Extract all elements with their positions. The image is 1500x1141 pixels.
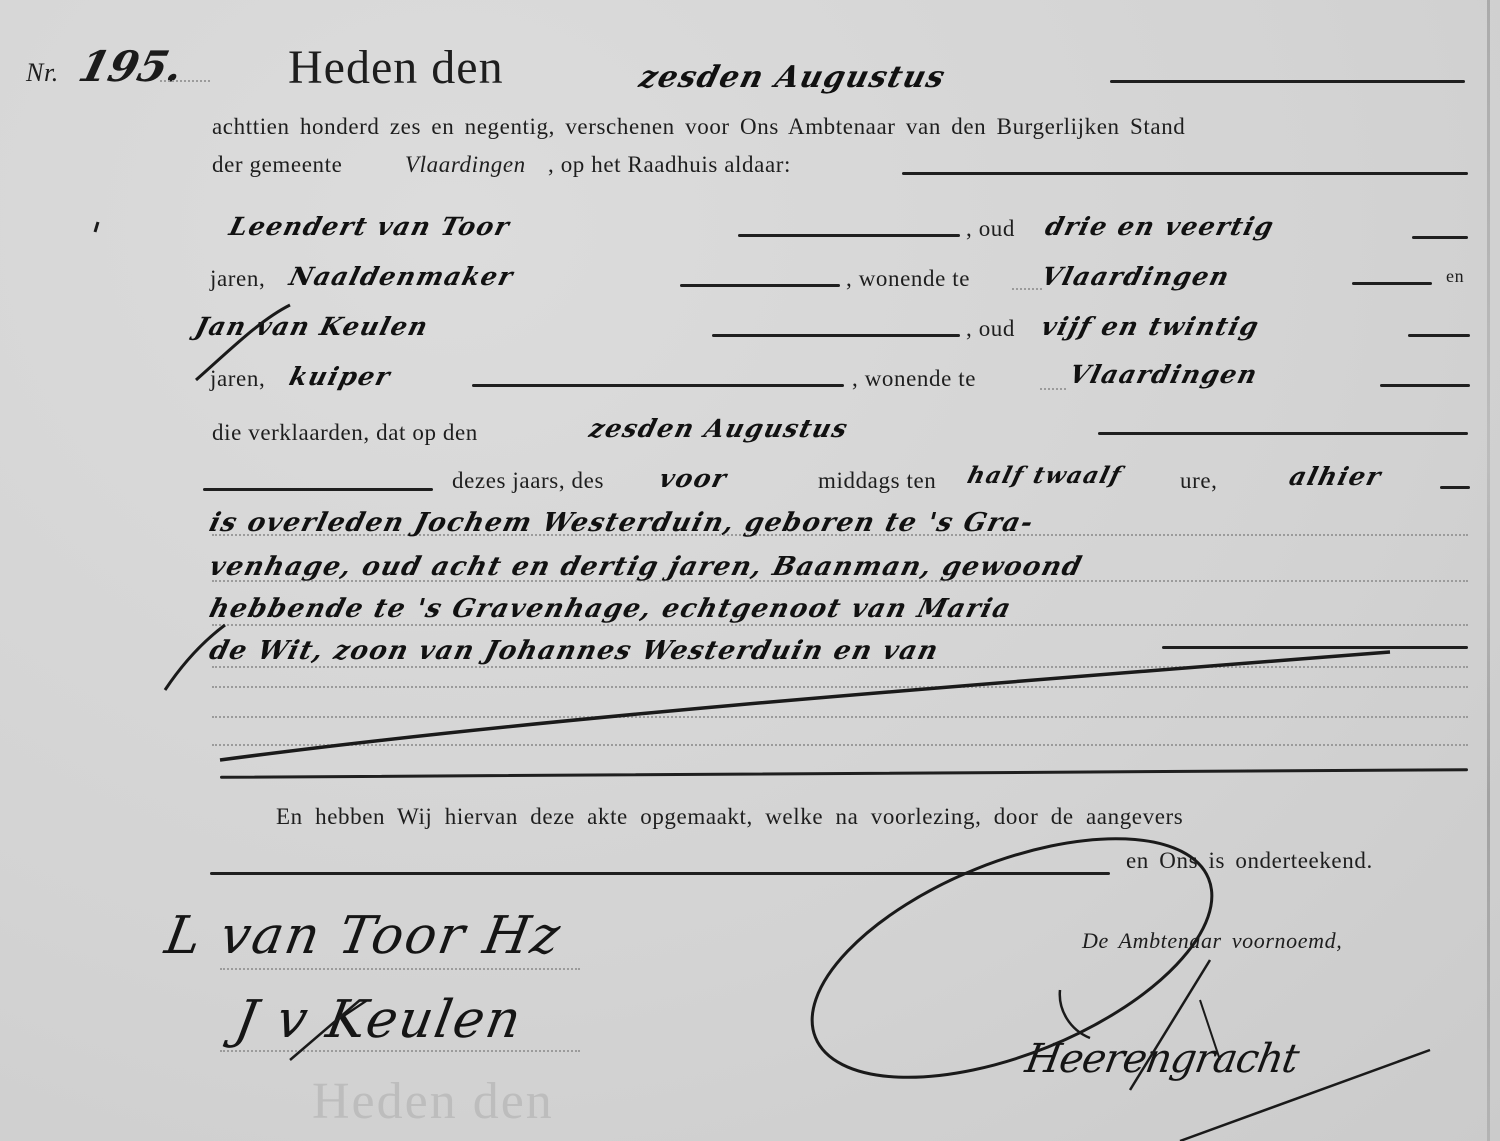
register-page: Nr. 195. Heden den zesden Augustus achtt… [0, 0, 1500, 1141]
strike-line [220, 652, 1390, 760]
signature-flourish [779, 790, 1244, 1127]
pen-strokes [0, 0, 1500, 1141]
